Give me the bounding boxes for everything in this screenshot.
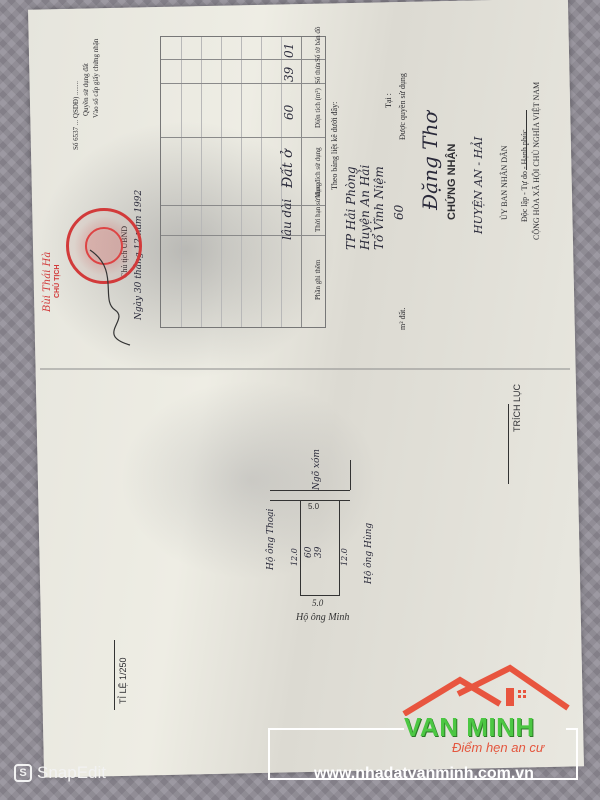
- scale-divider: [114, 640, 115, 710]
- cell-duration: lâu dài: [280, 199, 294, 240]
- plot-front-width: 5.0: [308, 502, 319, 511]
- snapedit-label: SnapEdit: [37, 763, 106, 783]
- neighbor-left: Hộ ông Thoại: [266, 509, 276, 570]
- table-divider: [161, 235, 325, 236]
- location-district: Huyện An Hải: [358, 165, 372, 250]
- table-divider: [161, 205, 325, 206]
- table-divider: [161, 137, 325, 138]
- plot-side-right: 12.0: [340, 548, 349, 566]
- plot-side-bottom: 5.0: [312, 598, 323, 608]
- website-url: www.nhadatvanminh.com.vn: [276, 765, 572, 783]
- issuer-label: ỦY BAN NHÂN DÂN: [500, 145, 509, 220]
- certificate-title: CHỨNG NHẬN: [446, 144, 458, 220]
- road-label: Ngõ xóm: [312, 449, 322, 490]
- header-notes: Phần ghi thêm: [314, 260, 322, 300]
- table-ruling: [241, 37, 242, 327]
- table-divider: [161, 83, 325, 84]
- plot-number: 39: [314, 547, 324, 558]
- list-label: Theo bảng liệt kê dưới đây:: [330, 102, 339, 190]
- table-ruling: [201, 37, 202, 327]
- plot-area: 60: [304, 547, 314, 558]
- snapedit-watermark: S SnapEdit: [14, 763, 106, 783]
- header-divider: [526, 110, 527, 170]
- brand-name: VAN MINH: [404, 712, 535, 743]
- stamp-name: Bùi Thái Hà: [42, 252, 53, 312]
- location-ward: Tổ Vĩnh Niệm: [372, 166, 386, 250]
- header-motto: Độc lập - Tự do - Hạnh phúc: [520, 130, 529, 222]
- neighbor-bottom: Hộ ông Minh: [296, 612, 349, 623]
- plot-side-left: 12.0: [290, 548, 299, 566]
- holder-name: Đặng Thơ: [418, 112, 442, 210]
- extract-title: TRÍCH LỤC: [512, 384, 522, 432]
- cell-map-sheet: 01: [282, 43, 296, 58]
- header-parcel: Số thửa: [314, 63, 322, 85]
- paper-fold: [40, 368, 570, 370]
- cell-area: 60: [282, 105, 296, 120]
- registry-number: Số 6537 ... QSDĐ) ........: [72, 81, 80, 150]
- road-line: [350, 460, 351, 490]
- area-unit: m² đất.: [398, 308, 407, 330]
- neighbor-top: Hộ ông Hùng: [364, 523, 374, 584]
- cell-parcel: 39: [282, 67, 296, 82]
- table-ruling: [261, 37, 262, 327]
- brand-tagline: Điểm hẹn an cư: [452, 740, 544, 755]
- snapedit-logo-icon: S: [14, 764, 32, 782]
- stamp-label: CHỦ TỊCH: [54, 265, 61, 298]
- table-ruling: [181, 37, 182, 327]
- cell-purpose: Đất ở: [280, 150, 296, 188]
- header-area: Diện tích (m²): [314, 88, 322, 128]
- header-duration: Thời hạn sử dụng: [314, 183, 322, 232]
- registry-line1: Vào sổ cấp giấy chứng nhận: [92, 39, 100, 118]
- scale-label: TỈ LỆ 1/250: [118, 657, 128, 704]
- signature: [80, 240, 140, 350]
- header-republic: CỘNG HÒA XÃ HỘI CHỦ NGHĨA VIỆT NAM: [532, 82, 541, 240]
- table-divider: [301, 37, 302, 327]
- road-line: [270, 490, 350, 491]
- area-label: Được quyền sử dụng: [398, 73, 407, 140]
- table-ruling: [221, 37, 222, 327]
- roof-logo-icon: [400, 664, 570, 716]
- registry-line2: Quyền sử dụng đất: [82, 63, 90, 116]
- area-value: 60: [392, 205, 406, 220]
- location-city: TP Hải Phòng: [344, 166, 358, 250]
- district-name: HUYỆN AN - HẢI: [472, 137, 485, 234]
- header-map-sheet: Số tờ bản đồ: [314, 27, 322, 62]
- table-divider: [161, 59, 325, 60]
- extract-divider: [508, 404, 509, 484]
- location-label: Tại :: [384, 93, 393, 108]
- land-table: [160, 36, 326, 328]
